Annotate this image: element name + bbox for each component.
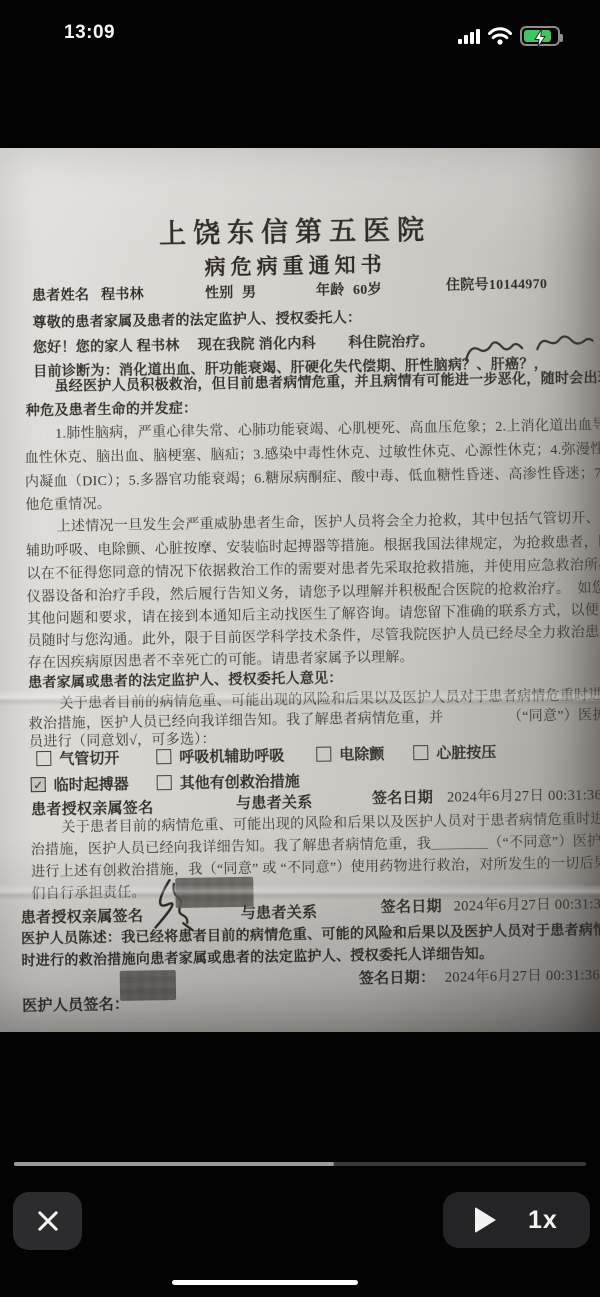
staff-signature-label: 医护人员签名：: [22, 993, 129, 1016]
age-label: 年龄: [316, 279, 345, 299]
checkbox-chest-compression: 心脏按压: [413, 741, 496, 763]
status-icons: [458, 26, 560, 46]
battery-charging-icon: [520, 26, 560, 46]
lightning-bolt-icon: [531, 27, 549, 49]
play-speed-button[interactable]: 1x: [443, 1192, 590, 1248]
checkbox-icon: [316, 747, 331, 762]
speed-label: 1x: [528, 1206, 558, 1235]
patient-sex: 男: [242, 282, 257, 302]
wifi-icon: [488, 27, 512, 45]
doc-line: 内凝血（DIC）；5.多器官功能衰竭；6.糖尿病酮症、酸中毒、低血糖性昏迷、高渗…: [25, 462, 600, 491]
doc-line: 尊敬的患者家属及患者的法定监护人、授权委托人：: [32, 307, 361, 332]
phone-screen: 13:09 上饶东信第五医院 病危病重通知书: [0, 0, 600, 1297]
close-button[interactable]: [13, 1192, 82, 1250]
sign-date-label: 签名日期: [381, 895, 443, 917]
admission-number: 住院号10144970: [446, 273, 548, 295]
patient-age: 60岁: [353, 279, 382, 299]
checkbox-checked-icon: ✓: [31, 777, 46, 792]
document-photo: 上饶东信第五医院 病危病重通知书 患者姓名 程书林 性别 男 年龄 60岁 住院…: [0, 148, 600, 1032]
doc-line: 他危重情况。: [25, 493, 111, 514]
checkbox-icon: [36, 751, 51, 766]
relation-label: 与患者关系: [241, 901, 318, 923]
staff-date: 2024年6月27日 00:31:36: [445, 963, 600, 986]
home-indicator[interactable]: [172, 1280, 358, 1285]
doc-line: 上述情况一旦发生会严重威胁患者生命，医护人员将会全力抢救，其中包括气管切开、呼吸…: [56, 507, 600, 536]
relation-label: 与患者关系: [236, 791, 313, 813]
patient-name: 程书林: [101, 283, 144, 304]
video-progress-bar[interactable]: [14, 1162, 586, 1166]
checkbox-icon: [156, 749, 171, 764]
sign-date: 2024年6月27日 00:31:36: [447, 783, 600, 806]
checkbox-icon: [157, 775, 172, 790]
doc-line: 种危及患者生命的并发症：: [26, 398, 198, 421]
doc-line: 您好！您的家人 程书林 现在我院 消化内科 科住院治疗。: [33, 331, 435, 357]
cellular-signal-icon: [458, 29, 480, 44]
status-time: 13:09: [64, 22, 144, 44]
notice-document: 上饶东信第五医院 病危病重通知书 患者姓名 程书林 性别 男 年龄 60岁 住院…: [0, 148, 600, 1032]
patient-name-label: 患者姓名: [32, 284, 90, 305]
checkbox-ventilator: 呼吸机辅助呼吸: [156, 744, 284, 767]
checkbox-other-invasive: 其他有创救治措施: [157, 770, 300, 793]
checkbox-defibrillation: 电除颤: [316, 743, 384, 765]
family-signature-label: 患者授权亲属签名: [21, 905, 144, 928]
sign-date: 2024年6月27日 00:31:36: [453, 892, 600, 915]
staff-date-label: 签名日期：: [359, 966, 436, 988]
privacy-blur: [120, 970, 176, 1001]
play-icon: [475, 1207, 496, 1233]
video-progress-fill: [14, 1162, 334, 1166]
checkbox-pacemaker: ✓ 临时起搏器: [31, 773, 129, 796]
checkbox-tracheotomy: 气管切开: [36, 747, 119, 769]
video-player[interactable]: 上饶东信第五医院 病危病重通知书 患者姓名 程书林 性别 男 年龄 60岁 住院…: [0, 148, 600, 1032]
status-bar: 13:09: [0, 0, 600, 56]
checkbox-icon: [413, 745, 428, 760]
doc-line: 们自行承担责任。: [31, 881, 146, 903]
sign-date-label: 签名日期: [372, 786, 434, 808]
sex-label: 性别: [205, 282, 234, 302]
